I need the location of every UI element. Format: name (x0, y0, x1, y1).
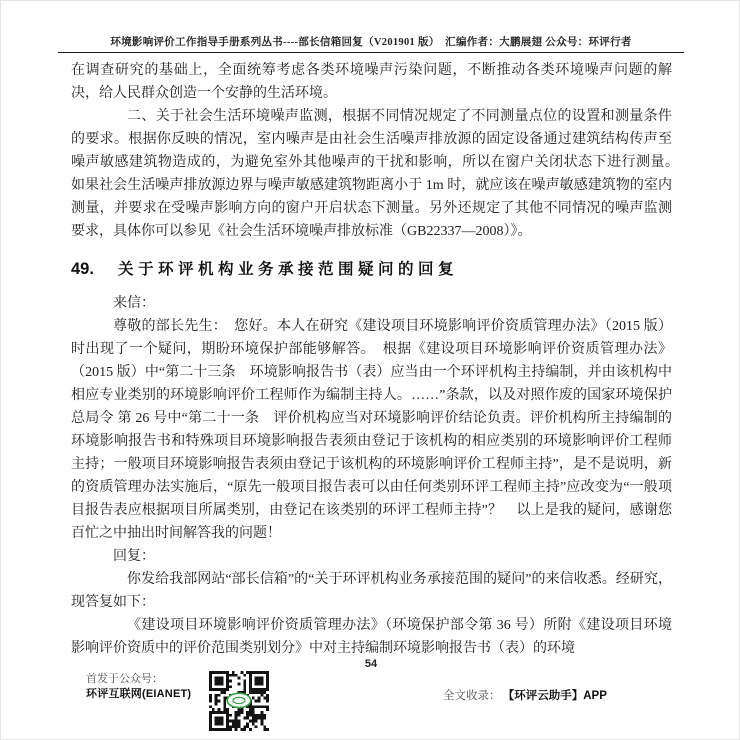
footer-collection: 全文收录：【环评云助手】APP (443, 687, 607, 703)
publisher-label: 首发于公众号： (86, 672, 191, 687)
footer-publisher: 首发于公众号： 环评互联网(EIANET) (86, 672, 191, 702)
reply-paragraph-1: 你发给我部网站“部长信箱”的“关于环评机构业务承接范围的疑问”的来信收悉。经研究… (71, 568, 672, 614)
reply-paragraph-2: 《建设项目环境影响评价资质管理办法》（环境保护部令第 36 号）所附《建设项目环… (71, 614, 672, 660)
document-body: 在调查研究的基础上，全面统筹考虑各类环境噪声污染问题，不断推动各类环境噪声问题的… (71, 59, 672, 660)
section-title: 关于环评机构业务承接范围疑问的回复 (118, 261, 458, 278)
letter-body: 尊敬的部长先生： 您好。本人在研究《建设项目环境影响评价资质管理办法》（2015… (71, 315, 672, 545)
document-page: 环境影响评价工作指导手册系列丛书----部长信箱回复（V201901 版） 汇编… (0, 0, 740, 740)
header-title: 环境影响评价工作指导手册系列丛书----部长信箱回复（V201901 版） 汇编… (110, 37, 631, 48)
collection-label: 全文收录： (443, 690, 501, 702)
page-header: 环境影响评价工作指导手册系列丛书----部长信箱回复（V201901 版） 汇编… (58, 34, 684, 53)
paragraph-noise-conclusion: 在调查研究的基础上，全面统筹考虑各类环境噪声污染问题，不断推动各类环境噪声问题的… (71, 59, 672, 105)
letter-label: 来信： (71, 292, 672, 315)
paragraph-noise-monitoring: 二、关于社会生活环境噪声监测，根据不同情况规定了不同测量点位的设置和测量条件的要… (71, 105, 672, 243)
qr-code-icon (209, 669, 269, 733)
page-number: 54 (1, 658, 740, 670)
publisher-name: 环评互联网(EIANET) (86, 687, 191, 702)
section-number: 49. (71, 260, 94, 278)
collection-app-name: 【环评云助手】APP (509, 690, 607, 702)
reply-label: 回复： (71, 545, 672, 568)
section-heading: 49.关于环评机构业务承接范围疑问的回复 (71, 256, 672, 281)
